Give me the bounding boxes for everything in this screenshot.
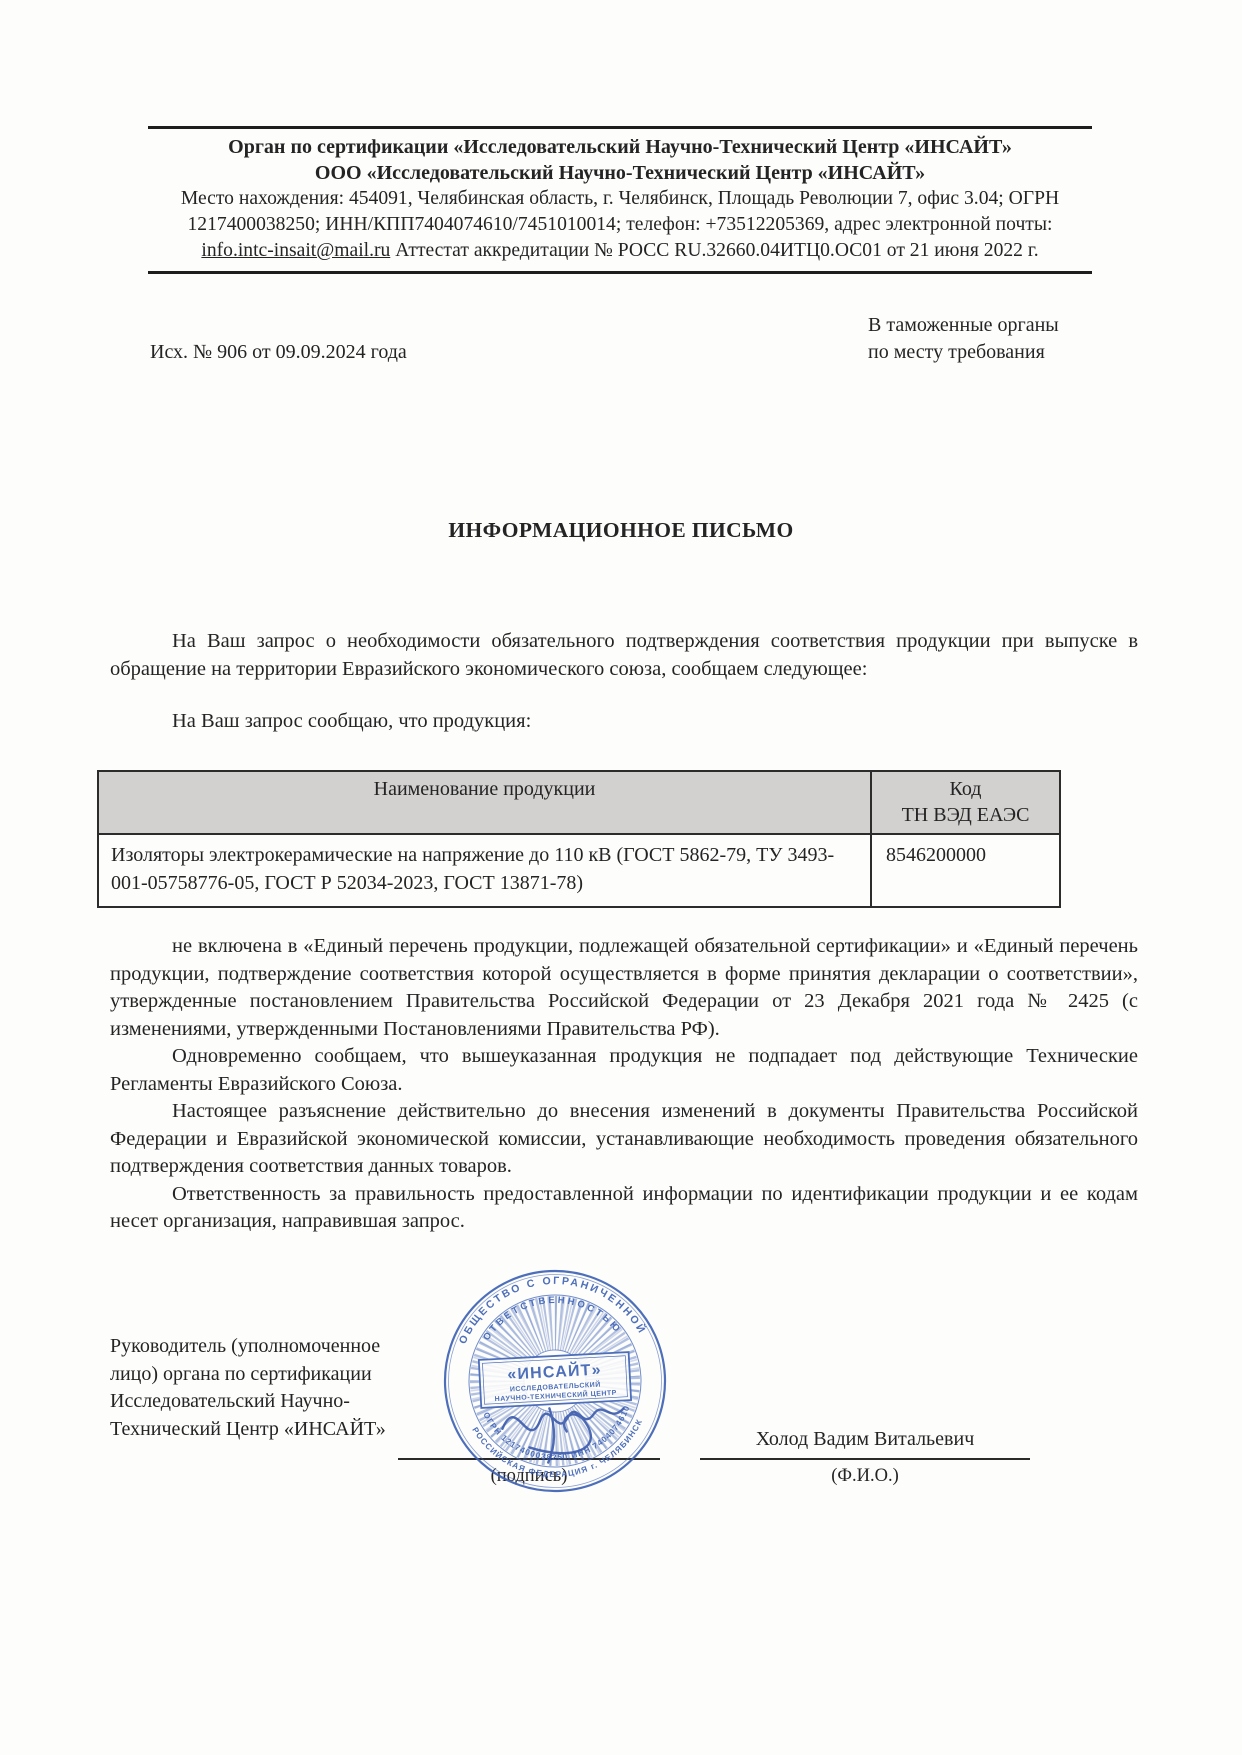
name-line — [700, 1458, 1030, 1460]
name-caption: (Ф.И.О.) — [700, 1464, 1030, 1488]
table-header-product-name: Наименование продукции — [99, 772, 872, 835]
intro-paragraph: На Ваш запрос о необходимости обязательн… — [110, 628, 1138, 683]
signatory-title-block: Руководитель (уполномоченное лицо) орган… — [110, 1333, 386, 1443]
letterhead-address-line-3: info.intc-insait@mail.ru Аттестат аккред… — [148, 238, 1092, 264]
body-paragraph-3: Настоящее разъяснение действительно до в… — [110, 1098, 1138, 1181]
org-name-line-1: Орган по сертификации «Исследовательский… — [148, 134, 1092, 160]
signatory-title-line-2: лицо) органа по сертификации — [110, 1361, 386, 1389]
email-address: info.intc-insait@mail.ru — [201, 240, 390, 261]
signatory-name: Холод Вадим Витальевич — [700, 1428, 1030, 1451]
company-stamp: ОБЩЕСТВО С ОГРАНИЧЕННОЙ ОТВЕТСТВЕННОСТЬЮ… — [424, 1250, 687, 1513]
stamp-graphic: ОБЩЕСТВО С ОГРАНИЧЕННОЙ ОТВЕТСТВЕННОСТЬЮ… — [424, 1250, 687, 1513]
signatory-title-line-1: Руководитель (уполномоченное — [110, 1333, 386, 1361]
accreditation-text: Аттестат аккредитации № РОСС RU.32660.04… — [395, 240, 1038, 261]
body-paragraph-4: Ответственность за правильность предоста… — [110, 1181, 1138, 1236]
product-code-cell: 8546200000 — [872, 835, 1059, 906]
body-paragraph-1: не включена в «Единый перечень продукции… — [110, 933, 1138, 1043]
letter-body: не включена в «Единый перечень продукции… — [110, 933, 1138, 1236]
product-table: Наименование продукции Код ТН ВЭД ЕАЭС И… — [97, 770, 1061, 908]
addressee-line-1: В таможенные органы — [868, 312, 1059, 339]
letterhead: Орган по сертификации «Исследовательский… — [148, 126, 1092, 274]
table-header-code-line-1: Код — [878, 776, 1053, 802]
scanned-letter-page: Орган по сертификации «Исследовательский… — [0, 0, 1242, 1755]
body-paragraph-2: Одновременно сообщаем, что вышеуказанная… — [110, 1043, 1138, 1098]
signatory-title-line-3: Исследовательский Научно- — [110, 1388, 386, 1416]
signatory-title-line-4: Технический Центр «ИНСАЙТ» — [110, 1416, 386, 1444]
letterhead-address-line-2: 1217400038250; ИНН/КПП7404074610/7451010… — [148, 212, 1092, 238]
letterhead-address-line-1: Место нахождения: 454091, Челябинская об… — [148, 186, 1092, 212]
addressee-block: В таможенные органы по месту требования — [868, 312, 1059, 366]
table-header-tnved-code: Код ТН ВЭД ЕАЭС — [872, 772, 1059, 835]
org-name-line-2: ООО «Исследовательский Научно-Технически… — [148, 160, 1092, 186]
product-name-cell: Изоляторы электрокерамические на напряже… — [99, 835, 872, 906]
stamp-center-box: «ИНСАЙТ» ИССЛЕДОВАТЕЛЬСКИЙ НАУЧНО-ТЕХНИЧ… — [479, 1352, 631, 1408]
outgoing-reference: Исх. № 906 от 09.09.2024 года — [150, 339, 407, 366]
document-title: ИНФОРМАЦИОННОЕ ПИСЬМО — [0, 518, 1242, 543]
addressee-line-2: по месту требования — [868, 339, 1059, 366]
product-intro-line: На Ваш запрос сообщаю, что продукция: — [172, 708, 531, 735]
table-header-code-line-2: ТН ВЭД ЕАЭС — [878, 802, 1053, 828]
